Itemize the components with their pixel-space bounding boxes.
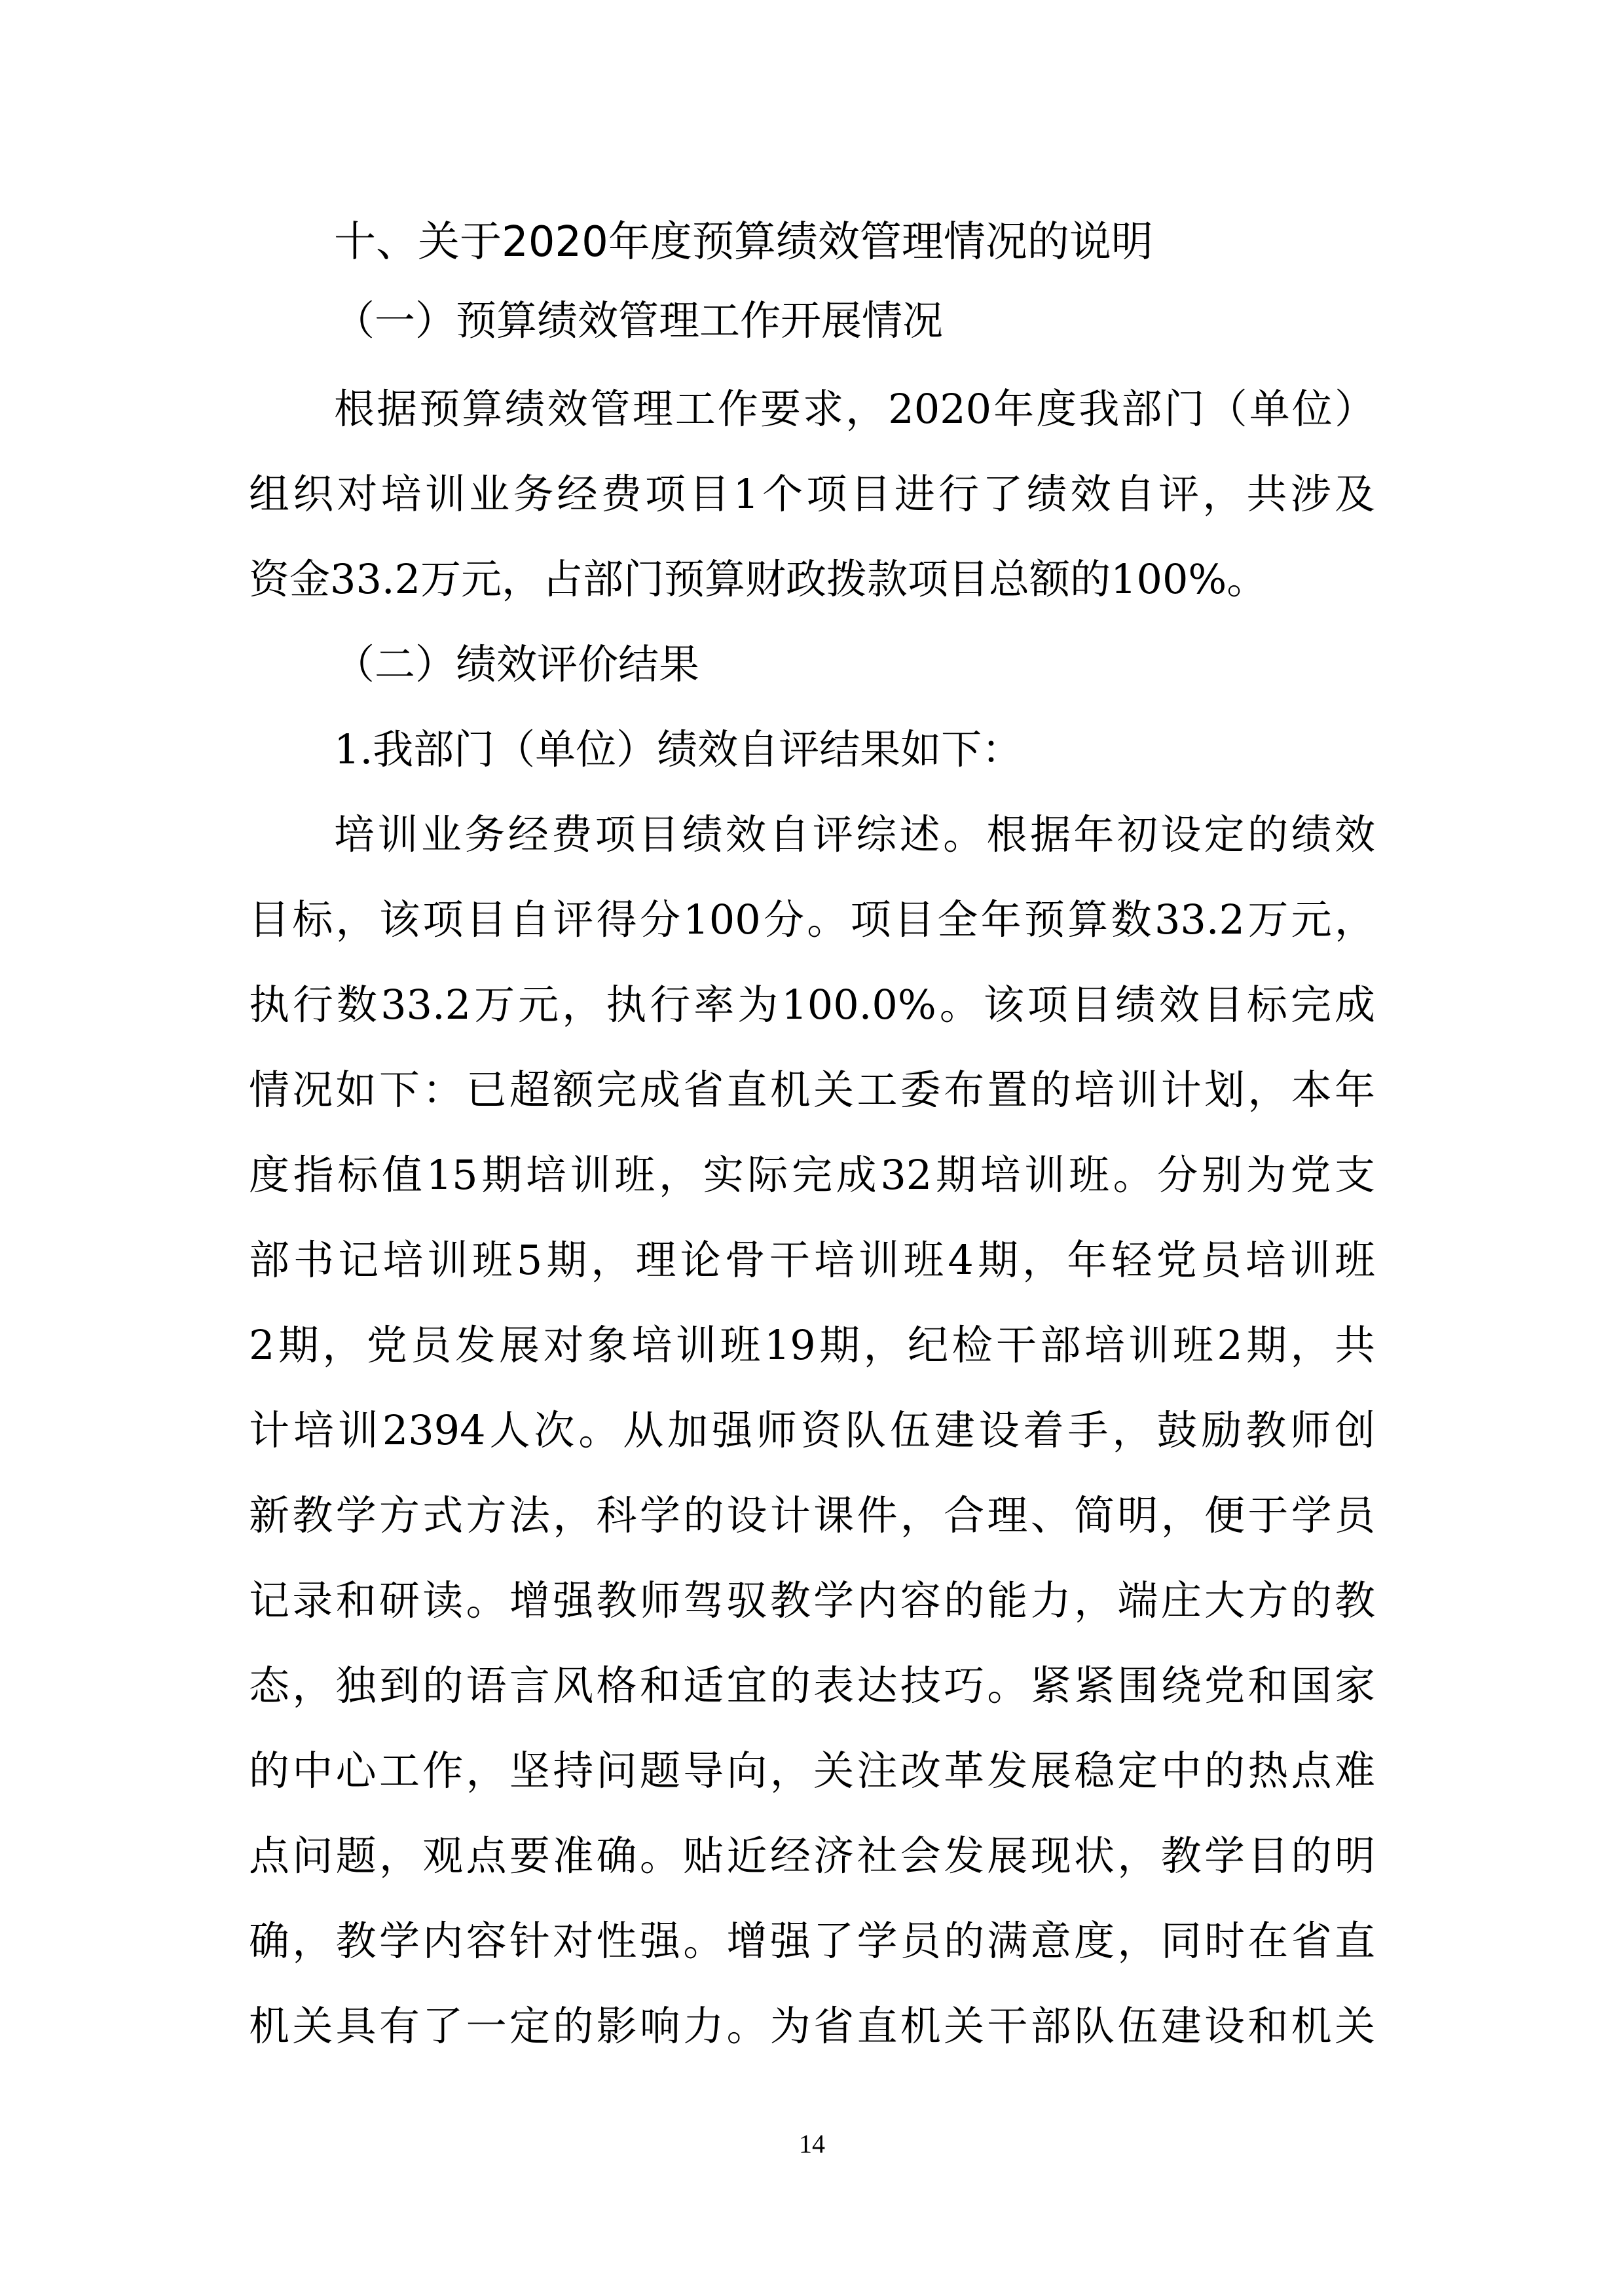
paragraph-1-line: 根据预算绩效管理工作要求，2020年度我部门（单位） [334,373,1375,445]
paragraph-2-line: 机关具有了一定的影响力。为省直机关干部队伍建设和机关 [249,1990,1375,2062]
page-number: 14 [0,2124,1624,2164]
subsection-1-title: （一）预算绩效管理工作开展情况 [334,285,1375,357]
paragraph-2-line: 执行数33.2万元，执行率为100.0%。该项目绩效目标完成 [249,969,1375,1041]
paragraph-1-line: 组织对培训业务经费项目1个项目进行了绩效自评，共涉及 [249,458,1375,530]
paragraph-2-line: 确，教学内容针对性强。增强了学员的满意度，同时在省直 [249,1905,1375,1977]
paragraph-2-line: 情况如下：已超额完成省直机关工委布置的培训计划，本年 [249,1054,1375,1126]
document-page: 十、关于2020年度预算绩效管理情况的说明 （一）预算绩效管理工作开展情况 根据… [0,0,1624,2296]
paragraph-2-line: 度指标值15期培训班，实际完成32期培训班。分别为党支 [249,1139,1375,1211]
paragraph-2-line: 记录和研读。增强教师驾驭教学内容的能力，端庄大方的教 [249,1565,1375,1637]
paragraph-2-line: 点问题，观点要准确。贴近经济社会发展现状，教学目的明 [249,1820,1375,1892]
paragraph-2-line: 新教学方式方法，科学的设计课件，合理、简明，便于学员 [249,1480,1375,1552]
paragraph-1-line: 资金33.2万元，占部门预算财政拨款项目总额的100%。 [249,543,1375,615]
paragraph-2-line: 态，独到的语言风格和适宜的表达技巧。紧紧围绕党和国家 [249,1650,1375,1722]
paragraph-2-line: 2期，党员发展对象培训班19期，纪检干部培训班2期，共 [249,1309,1375,1381]
paragraph-2-line: 目标，该项目自评得分100分。项目全年预算数33.2万元， [249,884,1375,956]
paragraph-2-line: 计培训2394人次。从加强师资队伍建设着手，鼓励教师创 [249,1394,1375,1467]
paragraph-2-line: 培训业务经费项目绩效自评综述。根据年初设定的绩效 [334,799,1375,871]
item-1-title: 1.我部门（单位）绩效自评结果如下： [334,714,1375,786]
paragraph-2-line: 部书记培训班5期，理论骨干培训班4期，年轻党员培训班 [249,1224,1375,1296]
paragraph-2-line: 的中心工作，坚持问题导向，关注改革发展稳定中的热点难 [249,1735,1375,1807]
subsection-2-title: （二）绩效评价结果 [334,629,1375,701]
section-title: 十、关于2020年度预算绩效管理情况的说明 [334,206,1375,278]
